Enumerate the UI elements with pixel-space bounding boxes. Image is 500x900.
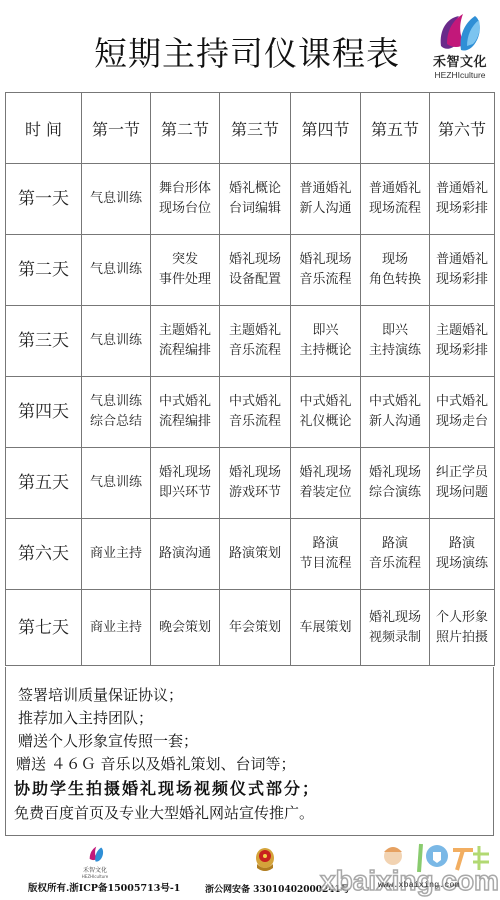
course-cell-line: 中式婚礼 (220, 392, 290, 412)
course-cell-line: 婚礼现场 (151, 463, 219, 483)
course-cell: 中式婚礼音乐流程 (220, 377, 291, 448)
course-cell-line: 婚礼概论 (220, 179, 290, 199)
course-cell-line: 车展策划 (291, 618, 360, 638)
hezhi-swoosh-logo-icon (85, 845, 105, 863)
course-cell-line: 节目流程 (291, 554, 360, 574)
course-cell: 婚礼现场着装定位 (291, 448, 361, 519)
table-row: 第三天气息训练主题婚礼流程编排主题婚礼音乐流程即兴主持概论即兴主持演练主题婚礼现… (6, 306, 495, 377)
column-header: 第一节 (82, 93, 151, 164)
course-cell-line: 音乐流程 (291, 270, 360, 290)
course-cell: 婚礼现场即兴环节 (151, 448, 220, 519)
course-cell: 普通婚礼现场彩排 (430, 235, 495, 306)
course-cell: 即兴主持演练 (361, 306, 430, 377)
course-cell-line: 婚礼现场 (361, 463, 429, 483)
course-cell-line: 晚会策划 (151, 618, 219, 638)
course-cell-line: 普通婚礼 (361, 179, 429, 199)
course-cell: 婚礼概论台词编辑 (220, 164, 291, 235)
course-cell: 主题婚礼音乐流程 (220, 306, 291, 377)
course-cell-line: 现场走台 (430, 412, 494, 432)
course-cell-line: 综合总结 (82, 412, 150, 432)
day-label: 第四天 (6, 377, 82, 448)
course-cell-line: 游戏环节 (220, 483, 290, 503)
course-cell-line: 新人沟通 (361, 412, 429, 432)
footer-logo-name-en: HEZHIculture (80, 874, 110, 879)
course-cell: 普通婚礼现场流程 (361, 164, 430, 235)
course-cell: 商业主持 (82, 519, 151, 590)
course-cell-line: 商业主持 (82, 618, 150, 638)
course-cell: 年会策划 (220, 590, 291, 666)
course-cell-line: 中式婚礼 (151, 392, 219, 412)
course-cell-line: 现场彩排 (430, 270, 494, 290)
course-cell: 路演节目流程 (291, 519, 361, 590)
course-cell: 气息训练 (82, 164, 151, 235)
course-cell-line: 气息训练 (82, 260, 150, 280)
course-cell-line: 婚礼现场 (220, 250, 290, 270)
day-label: 第六天 (6, 519, 82, 590)
course-cell-line: 事件处理 (151, 270, 219, 290)
notes-box: 签署培训质量保证协议； 推荐加入主持团队； 赠送个人形象宣传照一套； 赠送 ４６… (5, 667, 494, 836)
icp-copyright-link[interactable]: 版权所有.浙ICP备15005713号-1 (28, 880, 180, 894)
course-cell-line: 路演策划 (220, 544, 290, 564)
course-cell-line: 气息训练 (82, 392, 150, 412)
course-cell-line: 现场彩排 (430, 341, 494, 361)
course-cell-line: 着装定位 (291, 483, 360, 503)
table-row: 第一天气息训练舞台形体现场台位婚礼概论台词编辑普通婚礼新人沟通普通婚礼现场流程普… (6, 164, 495, 235)
course-cell-line: 个人形象 (430, 608, 494, 628)
course-cell-line: 主持概论 (291, 341, 360, 361)
course-cell: 普通婚礼新人沟通 (291, 164, 361, 235)
course-cell: 即兴主持概论 (291, 306, 361, 377)
course-cell-line: 流程编排 (151, 341, 219, 361)
logo-name-en: HEZHIculture (425, 70, 495, 80)
course-cell-line: 突发 (151, 250, 219, 270)
course-cell: 婚礼现场游戏环节 (220, 448, 291, 519)
course-cell: 路演策划 (220, 519, 291, 590)
course-cell-line: 年会策划 (220, 618, 290, 638)
course-cell-line: 舞台形体 (151, 179, 219, 199)
day-label: 第一天 (6, 164, 82, 235)
course-cell: 普通婚礼现场彩排 (430, 164, 495, 235)
course-cell-line: 现场流程 (361, 199, 429, 219)
note-item: 签署培训质量保证协议； (18, 684, 183, 705)
course-cell: 主题婚礼流程编排 (151, 306, 220, 377)
course-cell: 气息训练 (82, 448, 151, 519)
course-cell-line: 气息训练 (82, 331, 150, 351)
course-cell: 突发事件处理 (151, 235, 220, 306)
course-cell-line: 新人沟通 (291, 199, 360, 219)
course-cell-line: 即兴 (291, 321, 360, 341)
hezhi-swoosh-logo-icon (437, 10, 483, 54)
course-cell-line: 台词编辑 (220, 199, 290, 219)
course-cell-line: 现场彩排 (430, 199, 494, 219)
course-cell-line: 路演沟通 (151, 544, 219, 564)
column-header: 第三节 (220, 93, 291, 164)
course-cell: 气息训练综合总结 (82, 377, 151, 448)
table-row: 第四天气息训练综合总结中式婚礼流程编排中式婚礼音乐流程中式婚礼礼仪概论中式婚礼新… (6, 377, 495, 448)
day-label: 第七天 (6, 590, 82, 666)
table-row: 第二天气息训练突发事件处理婚礼现场设备配置婚礼现场音乐流程现场角色转换普通婚礼现… (6, 235, 495, 306)
course-cell-line: 现场 (361, 250, 429, 270)
course-cell-line: 照片拍摄 (430, 628, 494, 648)
course-cell-line: 路演 (291, 534, 360, 554)
course-cell: 晚会策划 (151, 590, 220, 666)
course-cell: 纠正学员现场问题 (430, 448, 495, 519)
course-cell-line: 婚礼现场 (291, 463, 360, 483)
course-schedule-table: 时 间 第一节 第二节 第三节 第四节 第五节 第六节 第一天气息训练舞台形体现… (5, 92, 495, 666)
table-row: 第五天气息训练婚礼现场即兴环节婚礼现场游戏环节婚礼现场着装定位婚礼现场综合演练纠… (6, 448, 495, 519)
course-cell-line: 即兴环节 (151, 483, 219, 503)
course-cell: 婚礼现场综合演练 (361, 448, 430, 519)
day-label: 第五天 (6, 448, 82, 519)
note-item: 推荐加入主持团队； (18, 707, 153, 728)
table-row: 第六天商业主持路演沟通路演策划路演节目流程路演音乐流程路演现场演练 (6, 519, 495, 590)
course-cell-line: 婚礼现场 (361, 608, 429, 628)
course-cell-line: 音乐流程 (361, 554, 429, 574)
course-cell: 婚礼现场设备配置 (220, 235, 291, 306)
note-item: 赠送个人形象宣传照一套； (18, 730, 198, 751)
course-cell-line: 综合演练 (361, 483, 429, 503)
note-item: 协助学生拍摄婚礼现场视频仪式部分； (14, 776, 320, 799)
header-row: 时 间 第一节 第二节 第三节 第四节 第五节 第六节 (6, 93, 495, 164)
column-header: 第五节 (361, 93, 430, 164)
course-cell-line: 婚礼现场 (220, 463, 290, 483)
course-cell-line: 礼仪概论 (291, 412, 360, 432)
course-cell-line: 音乐流程 (220, 341, 290, 361)
course-cell-line: 设备配置 (220, 270, 290, 290)
course-cell-line: 流程编排 (151, 412, 219, 432)
logo-name-cn: 禾智文化 (425, 55, 495, 70)
course-cell-line: 普通婚礼 (430, 250, 494, 270)
note-item: 免费百度首页及专业大型婚礼网站宣传推广。 (14, 802, 314, 823)
course-cell-line: 气息训练 (82, 189, 150, 209)
course-cell-line: 主题婚礼 (430, 321, 494, 341)
brand-logo: 禾智文化 HEZHIculture (425, 10, 495, 90)
course-cell: 婚礼现场视频录制 (361, 590, 430, 666)
watermark-url-link[interactable]: www.xbaixing.com (378, 880, 460, 890)
course-cell: 中式婚礼流程编排 (151, 377, 220, 448)
course-cell: 婚礼现场音乐流程 (291, 235, 361, 306)
course-cell: 主题婚礼现场彩排 (430, 306, 495, 377)
course-cell: 路演现场演练 (430, 519, 495, 590)
course-cell-line: 气息训练 (82, 473, 150, 493)
course-cell-line: 中式婚礼 (361, 392, 429, 412)
course-cell: 中式婚礼现场走台 (430, 377, 495, 448)
course-cell-line: 主持演练 (361, 341, 429, 361)
column-header: 第四节 (291, 93, 361, 164)
police-emblem-icon (254, 846, 276, 872)
course-cell: 商业主持 (82, 590, 151, 666)
course-cell-line: 路演 (361, 534, 429, 554)
corner-header: 时 间 (6, 93, 82, 164)
course-cell-line: 纠正学员 (430, 463, 494, 483)
page-title: 短期主持司仪课程表 (92, 34, 402, 74)
note-item: 赠送 ４６Ｇ 音乐以及婚礼策划、台词等； (16, 753, 296, 774)
course-cell-line: 现场问题 (430, 483, 494, 503)
footer-logo-name-cn: 禾智文化 (80, 867, 110, 874)
course-cell: 路演音乐流程 (361, 519, 430, 590)
course-cell: 中式婚礼礼仪概论 (291, 377, 361, 448)
course-cell-line: 即兴 (361, 321, 429, 341)
table-row: 第七天商业主持晚会策划年会策划车展策划婚礼现场视频录制个人形象照片拍摄 (6, 590, 495, 666)
course-cell-line: 普通婚礼 (430, 179, 494, 199)
day-label: 第二天 (6, 235, 82, 306)
course-cell-line: 主题婚礼 (151, 321, 219, 341)
column-header: 第六节 (430, 93, 495, 164)
course-cell-line: 商业主持 (82, 544, 150, 564)
course-cell: 气息训练 (82, 306, 151, 377)
course-cell-line: 中式婚礼 (430, 392, 494, 412)
course-cell-line: 中式婚礼 (291, 392, 360, 412)
course-cell: 个人形象照片拍摄 (430, 590, 495, 666)
day-label: 第三天 (6, 306, 82, 377)
course-cell-line: 婚礼现场 (291, 250, 360, 270)
footer-brand-logo: 禾智文化 HEZHIculture (80, 845, 110, 879)
course-cell-line: 视频录制 (361, 628, 429, 648)
course-cell-line: 现场演练 (430, 554, 494, 574)
column-header: 第二节 (151, 93, 220, 164)
course-cell-line: 角色转换 (361, 270, 429, 290)
course-cell-line: 路演 (430, 534, 494, 554)
course-cell-line: 音乐流程 (220, 412, 290, 432)
course-cell: 车展策划 (291, 590, 361, 666)
course-cell: 现场角色转换 (361, 235, 430, 306)
course-cell: 中式婚礼新人沟通 (361, 377, 430, 448)
course-cell: 舞台形体现场台位 (151, 164, 220, 235)
course-cell-line: 现场台位 (151, 199, 219, 219)
course-cell: 路演沟通 (151, 519, 220, 590)
course-cell-line: 主题婚礼 (220, 321, 290, 341)
course-cell-line: 普通婚礼 (291, 179, 360, 199)
course-cell: 气息训练 (82, 235, 151, 306)
